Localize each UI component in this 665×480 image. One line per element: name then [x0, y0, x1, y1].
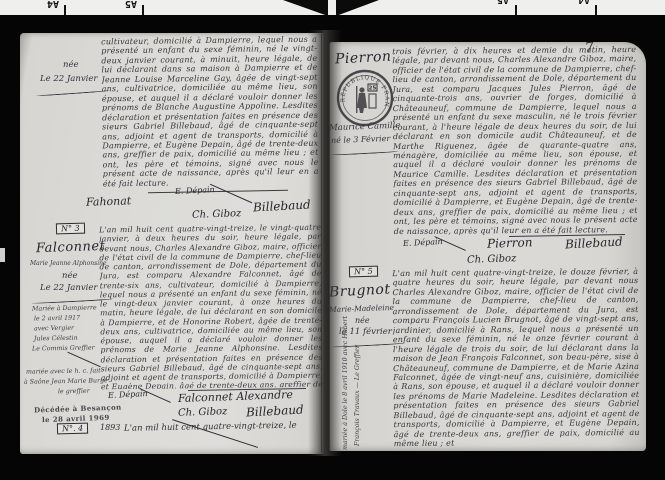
signature: Ch. Giboz: [192, 208, 242, 221]
record5-body-text: L'an mil huit cent quatre-vingt-treize, …: [392, 267, 640, 449]
record3-body-text: L'an mil huit cent quatre-vingt-treize, …: [99, 223, 323, 390]
record4-annotation: 1893: [100, 423, 120, 432]
record5-vertical-note-line: François Travaux — Le Greffier: [353, 345, 362, 446]
margin-note-date: Le 22 Janvier: [40, 74, 97, 84]
record2-body-text: cultivateur, domicilié à Dampierre, lequ…: [101, 35, 319, 194]
margin-note-nee: née: [63, 60, 79, 70]
record3-margin-date: Le 22 Janvier: [40, 283, 97, 293]
microfilm-scan: A4 A5 A5 A4 née Le 22 Janvier cultivateu…: [0, 0, 665, 480]
scale-tick: [595, 5, 597, 15]
gutter-crease: [329, 34, 330, 452]
scale-bar: A4 A5 A5 A4: [0, 0, 665, 15]
scale-tick: [64, 5, 66, 15]
scale-marker-a4-right: A4: [571, 0, 597, 5]
signature: Falconnet Alexandre: [178, 388, 293, 405]
scale-tick: [515, 5, 517, 15]
left-page: née Le 22 Janvier cultivateur, domicilié…: [20, 33, 324, 454]
stamp-denomination: 25: [369, 86, 377, 92]
signature: Fahonat: [86, 194, 132, 209]
marriage-note-line: le greffier: [58, 387, 90, 398]
record4-margin-name: Pierron: [335, 49, 392, 68]
record5-number-box: N° 5: [349, 266, 378, 278]
gutter-crease: [321, 34, 322, 452]
signature: Billebaud: [253, 198, 311, 215]
record4-number-box: N°. 4: [57, 423, 88, 435]
flourish-line: [36, 88, 110, 96]
record5-margin-nee: née: [355, 316, 370, 325]
scale-tick: [142, 5, 144, 15]
signature: Billebaud: [246, 403, 304, 420]
right-page: 7 Pierron RÉPUBLIQUE FRANÇAISE 25 Mauric…: [329, 42, 646, 451]
record4-opening-line: L'an mil huit cent quatre-vingt-treize, …: [124, 420, 320, 433]
book-gutter: [308, 30, 342, 456]
scale-marker-a5-left: A5: [118, 0, 144, 9]
record3-margin-name: Falconnet: [36, 239, 106, 256]
signature: Billebaud: [565, 235, 623, 252]
record4-body-text: trois février, à dix heures et demie du …: [392, 45, 638, 237]
record3-margin-nee: née: [62, 271, 78, 281]
record3-number-box: N° 3: [56, 223, 85, 235]
record5-vertical-note-line: mariée à Dole le 8 avril 1910 avec Huber…: [341, 316, 350, 450]
signature: Ch. Giboz: [467, 253, 517, 266]
scale-marker-a4-left: A4: [40, 0, 66, 9]
signature-paraph: [67, 352, 100, 368]
scale-marker-a5-right: A5: [490, 0, 516, 5]
signature: E. Dépain: [175, 185, 215, 196]
revenue-stamp: RÉPUBLIQUE FRANÇAISE 25: [335, 68, 395, 128]
signature: Pierron: [487, 235, 533, 251]
signature: Ch. Giboz: [178, 406, 228, 419]
marriage-note-line: Le Commis Greffier: [32, 343, 95, 354]
scan-artifact: [0, 248, 5, 262]
